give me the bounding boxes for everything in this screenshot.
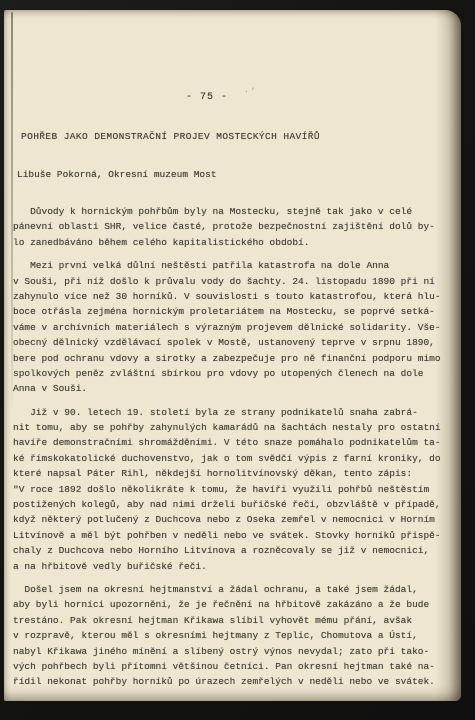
text-line: boce otřásla zejména hornickým proletari… [13, 304, 457, 319]
text-line: havíře demonstračními shromážděními. V t… [13, 435, 457, 450]
text-line: trestáno. Pak okresní hejtman Křikawa sl… [13, 613, 457, 628]
paragraph: Důvody k hornickým pohřbům byly na Moste… [13, 204, 457, 250]
text-line: Anna v Souši. [13, 381, 457, 396]
document-title: POHŘEB JAKO DEMONSTRAČNÍ PROJEV MOSTECKÝ… [21, 131, 320, 142]
text-line: a na hřbitově vedly buřičské řeči. [13, 559, 457, 574]
page-number: - 75 - [186, 92, 228, 103]
document-author: Libuše Pokorná, Okresní muzeum Most [17, 169, 217, 180]
paragraph: Došel jsem na okresní hejtmanství a žáda… [13, 582, 457, 690]
text-line: chaly z Duchcova nebo Horního Litvínova … [13, 543, 457, 558]
text-line: ké římskokatolické duchovenstvo, jak o t… [13, 451, 457, 466]
text-line: vých pohřbech byli přítomni většinou čet… [13, 659, 457, 674]
text-line: řídil nekonat pohřby horníků po úrazech … [13, 674, 457, 689]
text-line: Mezi první velká důlní neštěstí patřila … [13, 258, 457, 273]
paragraph: Mezi první velká důlní neštěstí patřila … [13, 258, 457, 397]
text-body: Důvody k hornickým pohřbům byly na Moste… [13, 204, 457, 698]
text-line: v Souši, při níž došlo k průvalu vody do… [13, 274, 457, 289]
text-line: nit tomu, aby se pohřby zahynulých kamar… [13, 420, 457, 435]
text-line: aby byli horníci upozorněni, že je řečně… [13, 597, 457, 612]
text-line: "V roce 1892 došlo několikráte k tomu, ž… [13, 482, 457, 497]
text-line: váme v archívních materiálech s výrazným… [13, 320, 457, 335]
text-line: nabyl Křikawa jiného mínění a slíbený os… [13, 644, 457, 659]
text-line: když některý potlučený z Duchcova nebo z… [13, 512, 457, 527]
pencil-mark: .' [243, 85, 256, 98]
text-line: v rozpravě, kterou měl s okresními hejtm… [13, 628, 457, 643]
text-line: postižených kolegů, aby nad nimi drželi … [13, 497, 457, 512]
paragraph: Již v 90. letech 19. století byla ze str… [13, 405, 457, 574]
text-line: bere pod ochranu vdovy a sirotky a zabez… [13, 351, 457, 366]
text-line: spolkových peněz zvláštní sbírkou pro vd… [13, 366, 457, 381]
text-line: pánevní oblasti SHR, velice časté, proto… [13, 219, 457, 234]
text-line: Již v 90. letech 19. století byla ze str… [13, 405, 457, 420]
text-line: lo zanedbáváno během celého kapitalistic… [13, 235, 457, 250]
text-line: které napsal Páter Rihl, někdejší hornol… [13, 466, 457, 481]
text-line: Došel jsem na okresní hejtmanství a žáda… [13, 582, 457, 597]
text-line: obecný dělnický vzdělávací spolek v Most… [13, 335, 457, 350]
scanned-page: - 75 - .' POHŘEB JAKO DEMONSTRAČNÍ PROJE… [4, 10, 461, 701]
text-line: Důvody k hornickým pohřbům byly na Moste… [13, 204, 457, 219]
text-line: Litvínově a měl být pohřben v neděli neb… [13, 528, 457, 543]
text-line: zahynulo více než 30 horníků. V souvislo… [13, 289, 457, 304]
